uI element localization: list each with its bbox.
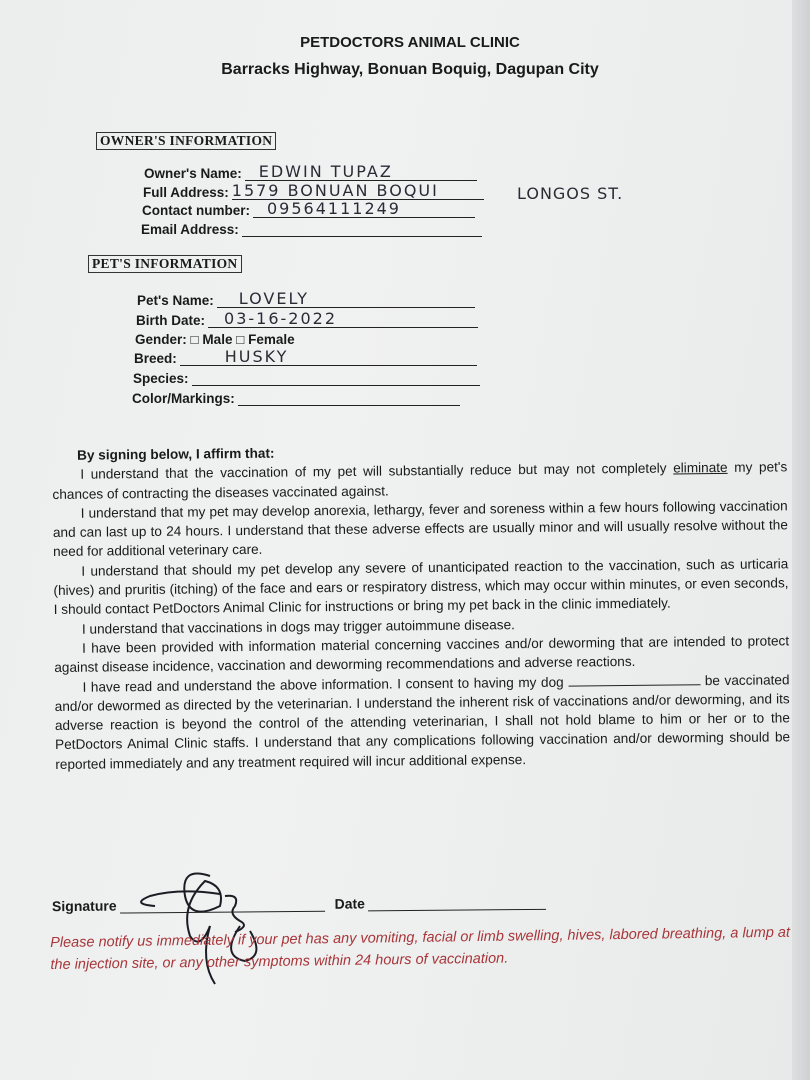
pet-name-value: LOVELY (239, 289, 309, 308)
birth-date-value: 03-16-2022 (224, 309, 337, 328)
field-label: Owner's Name: (144, 166, 242, 181)
field-label: Birth Date: (136, 313, 205, 328)
owner-section-title: OWNER'S INFORMATION (96, 132, 276, 150)
full-address-field[interactable]: Full Address: 1579 BONUAN BOQUI (143, 185, 484, 200)
clinic-address: Barracks Highway, Bonuan Boquig, Dagupan… (0, 61, 810, 79)
field-label: Gender: (135, 332, 187, 347)
species-field[interactable]: Species: (133, 371, 480, 386)
date-line[interactable] (368, 897, 546, 912)
field-label: Breed: (134, 351, 177, 366)
owner-name-value: EDWIN TUPAZ (259, 162, 393, 181)
consent-paragraph-6: I have read and understand the above inf… (54, 670, 790, 774)
full-address-overflow: LONGOS ST. (517, 184, 623, 203)
breed-value: HUSKY (225, 347, 289, 366)
field-label: Color/Markings: (132, 391, 235, 406)
owner-name-field[interactable]: Owner's Name: EDWIN TUPAZ (144, 166, 477, 181)
pet-section-title: PET'S INFORMATION (88, 255, 242, 273)
date-label: Date (335, 895, 365, 911)
field-label: Species: (133, 371, 189, 386)
color-markings-field[interactable]: Color/Markings: (132, 391, 460, 406)
gender-male-checkbox[interactable]: □ Male (191, 332, 233, 347)
contact-number-value: 09564111249 (267, 199, 401, 218)
dog-name-blank[interactable] (568, 684, 700, 686)
paper-edge (792, 0, 810, 1080)
full-address-value: 1579 BONUAN BOQUI (232, 181, 439, 200)
gender-female-checkbox[interactable]: □ Female (236, 332, 294, 347)
breed-field[interactable]: Breed: HUSKY (134, 351, 477, 366)
consent-paragraph-3: I understand that should my pet develop … (53, 554, 789, 620)
post-vaccination-notice: Please notify us immediately if your pet… (50, 922, 791, 976)
pet-name-field[interactable]: Pet's Name: LOVELY (137, 293, 475, 308)
consent-text: By signing below, I affirm that: I under… (52, 438, 790, 774)
field-label: Contact number: (142, 203, 250, 218)
contact-number-field[interactable]: Contact number: 09564111249 (142, 203, 475, 218)
signature-label: Signature (52, 898, 117, 915)
gender-field[interactable]: Gender: □ Male □ Female (135, 332, 295, 347)
consent-form-page: PETDOCTORS ANIMAL CLINIC Barracks Highwa… (0, 0, 810, 1080)
field-label: Email Address: (141, 222, 239, 237)
email-field[interactable]: Email Address: (141, 222, 482, 237)
birth-date-field[interactable]: Birth Date: 03-16-2022 (136, 313, 478, 328)
consent-paragraph-2: I understand that my pet may develop ano… (53, 496, 789, 562)
clinic-name: PETDOCTORS ANIMAL CLINIC (0, 34, 810, 51)
field-label: Full Address: (143, 185, 229, 200)
field-label: Pet's Name: (137, 293, 214, 308)
